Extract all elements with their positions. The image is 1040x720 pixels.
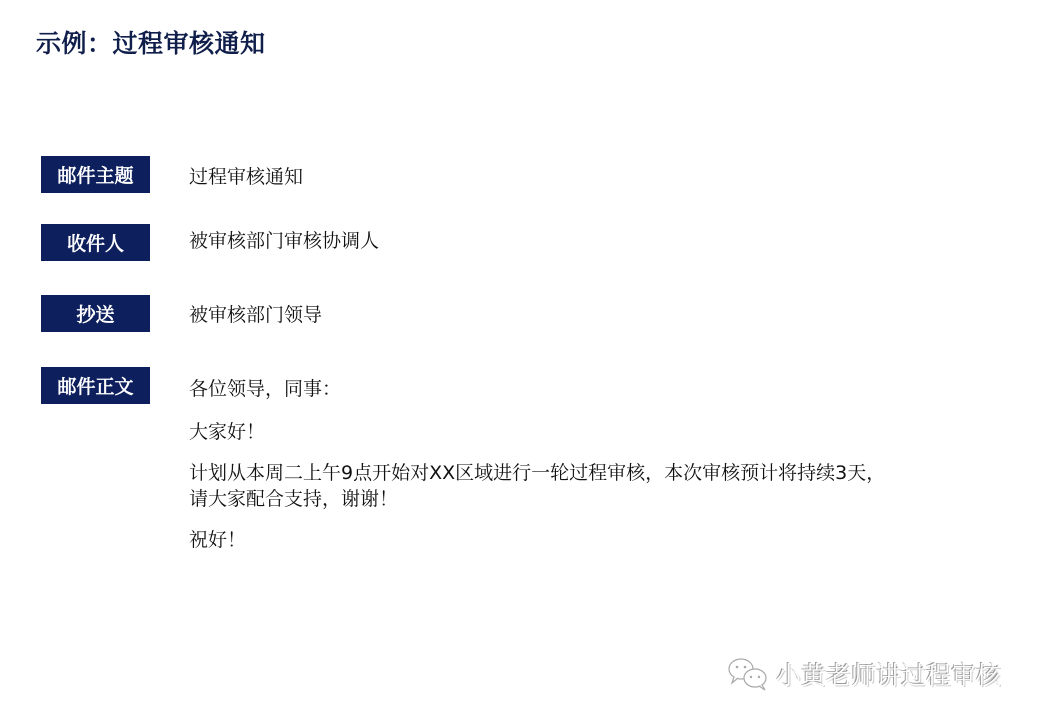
body-greeting: 各位领导，同事： — [189, 376, 341, 402]
body-closing: 祝好！ — [189, 527, 246, 553]
page-title: 示例：过程审核通知 — [36, 24, 266, 60]
body-line-1: 计划从本周二上午9点开始对XX区域进行一轮过程审核，本次审核预计将持续3天， — [189, 460, 885, 486]
body-hello: 大家好！ — [189, 419, 265, 445]
label-cc: 抄送 — [41, 295, 150, 332]
watermark: 小黄老师讲过程审核 — [726, 656, 1001, 692]
value-recipient: 被审核部门审核协调人 — [189, 226, 379, 253]
body-line-2: 请大家配合支持，谢谢！ — [189, 486, 398, 512]
value-subject: 过程审核通知 — [189, 162, 303, 189]
label-recipient: 收件人 — [41, 224, 150, 261]
label-body: 邮件正文 — [41, 367, 150, 404]
label-subject: 邮件主题 — [41, 156, 150, 193]
value-cc: 被审核部门领导 — [189, 300, 322, 327]
wechat-icon — [726, 656, 770, 692]
watermark-text: 小黄老师讲过程审核 — [776, 656, 1001, 692]
